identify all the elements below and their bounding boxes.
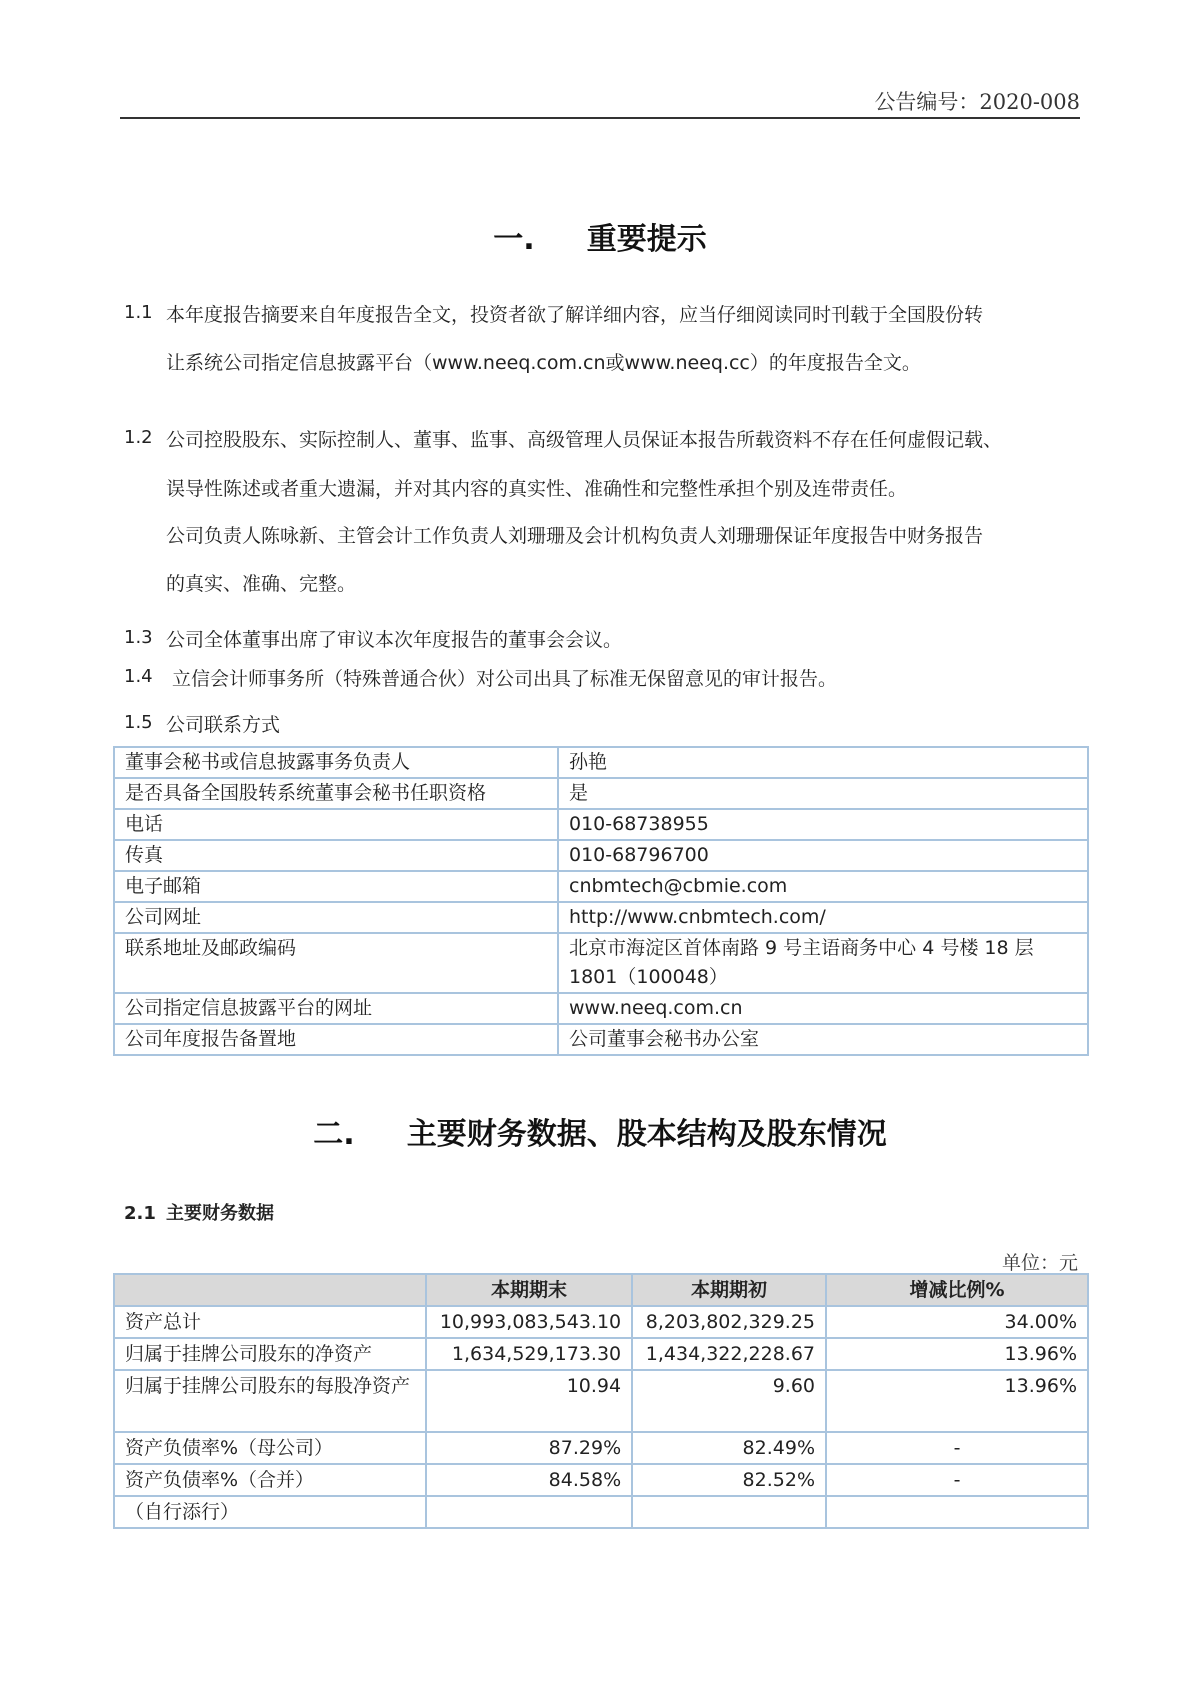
- subsection-2-1-title: 2.1主要财务数据: [124, 1199, 274, 1225]
- row-label: 资产总计: [114, 1306, 426, 1338]
- para-1-1-line2: 让系统公司指定信息披露平台（www.neeq.com.cn或www.neeq.c…: [166, 348, 921, 375]
- period-end-value: 87.29%: [426, 1432, 632, 1464]
- contact-key: 电话: [114, 809, 558, 840]
- row-label: 归属于挂牌公司股东的净资产: [114, 1338, 426, 1370]
- contact-key: 是否具备全国股转系统董事会秘书任职资格: [114, 778, 558, 809]
- contact-key: 电子邮箱: [114, 871, 558, 902]
- contact-address: 北京市海淀区首体南路 9 号主语商务中心 4 号楼 18 层 1801（1000…: [558, 933, 1088, 993]
- table-row: 归属于挂牌公司股东的每股净资产 10.94 9.60 13.96%: [114, 1370, 1088, 1432]
- change-percent: 13.96%: [826, 1370, 1088, 1432]
- contact-key: 联系地址及邮政编码: [114, 933, 558, 993]
- section2-heading: 主要财务数据、股本结构及股东情况: [407, 1117, 887, 1152]
- contact-key: 董事会秘书或信息披露事务负责人: [114, 747, 558, 778]
- subsection-number: 2.1: [124, 1203, 166, 1224]
- para-number: 1.5: [124, 712, 166, 733]
- para-1-2-line3: 公司负责人陈咏新、主管会计工作负责人刘珊珊及会计机构负责人刘珊珊保证年度报告中财…: [166, 521, 983, 548]
- section1-heading: 重要提示: [587, 222, 707, 257]
- table-header-row: 本期期末 本期期初 增减比例%: [114, 1274, 1088, 1306]
- period-end-value: [426, 1496, 632, 1528]
- para-1-2-line1: 公司控股股东、实际控制人、董事、监事、高级管理人员保证本报告所载资料不存在任何虚…: [166, 425, 1002, 452]
- para-1-4-line1: 立信会计师事务所（特殊普通合伙）对公司出具了标准无保留意见的审计报告。: [172, 664, 837, 691]
- para-1-3-line1: 公司全体董事出席了审议本次年度报告的董事会会议。: [166, 625, 622, 652]
- period-end-value: 1,634,529,173.30: [426, 1338, 632, 1370]
- financial-table: 本期期末 本期期初 增减比例% 资产总计 10,993,083,543.10 8…: [113, 1273, 1089, 1529]
- announcement-number: 公告编号：2020-008: [874, 86, 1080, 116]
- period-end-value: 84.58%: [426, 1464, 632, 1496]
- row-label: 资产负债率%（母公司）: [114, 1432, 426, 1464]
- period-begin-value: [632, 1496, 826, 1528]
- address-line2: 1801（100048）: [569, 963, 1077, 992]
- contact-key: 公司网址: [114, 902, 558, 933]
- change-percent: 13.96%: [826, 1338, 1088, 1370]
- header-divider: [120, 117, 1080, 119]
- period-begin-value: 1,434,322,228.67: [632, 1338, 826, 1370]
- section2-title: 二.主要财务数据、股本结构及股东情况: [0, 1109, 1200, 1153]
- change-percent: 34.00%: [826, 1306, 1088, 1338]
- para-number: 1.1: [124, 302, 166, 323]
- contact-value: 孙艳: [558, 747, 1088, 778]
- para-1-1: 1.1: [124, 301, 166, 323]
- period-begin-value: 8,203,802,329.25: [632, 1306, 826, 1338]
- column-header: [114, 1274, 426, 1306]
- table-row: 是否具备全国股转系统董事会秘书任职资格 是: [114, 778, 1088, 809]
- section2-number: 二.: [313, 1109, 354, 1153]
- period-end-value: 10,993,083,543.10: [426, 1306, 632, 1338]
- section1-number: 一.: [493, 214, 534, 258]
- table-row: 电子邮箱 cnbmtech@cbmie.com: [114, 871, 1088, 902]
- table-row: 董事会秘书或信息披露事务负责人 孙艳: [114, 747, 1088, 778]
- table-row: 联系地址及邮政编码 北京市海淀区首体南路 9 号主语商务中心 4 号楼 18 层…: [114, 933, 1088, 993]
- para-1-4: 1.4: [124, 665, 166, 687]
- table-row: 公司网址 http://www.cnbmtech.com/: [114, 902, 1088, 933]
- contact-value: 公司董事会秘书办公室: [558, 1024, 1088, 1055]
- column-header: 本期期初: [632, 1274, 826, 1306]
- subsection-heading: 主要财务数据: [166, 1203, 274, 1224]
- contact-email: cnbmtech@cbmie.com: [558, 871, 1088, 902]
- unit-label: 单位：元: [1002, 1248, 1078, 1275]
- change-percent: [826, 1496, 1088, 1528]
- period-begin-value: 82.49%: [632, 1432, 826, 1464]
- table-row: 公司年度报告备置地 公司董事会秘书办公室: [114, 1024, 1088, 1055]
- address-line1: 北京市海淀区首体南路 9 号主语商务中心 4 号楼 18 层: [569, 934, 1077, 963]
- table-row: 资产负债率%（合并） 84.58% 82.52% -: [114, 1464, 1088, 1496]
- para-1-5: 1.5: [124, 711, 166, 733]
- contact-key: 公司年度报告备置地: [114, 1024, 558, 1055]
- para-1-5-line1: 公司联系方式: [166, 710, 280, 737]
- row-label: （自行添行）: [114, 1496, 426, 1528]
- contact-value: 是: [558, 778, 1088, 809]
- table-row: 归属于挂牌公司股东的净资产 1,634,529,173.30 1,434,322…: [114, 1338, 1088, 1370]
- contact-fax: 010-68796700: [558, 840, 1088, 871]
- table-row: 资产总计 10,993,083,543.10 8,203,802,329.25 …: [114, 1306, 1088, 1338]
- change-percent: -: [826, 1432, 1088, 1464]
- document-page: 公告编号：2020-008 一.重要提示 1.1 本年度报告摘要来自年度报告全文…: [0, 0, 1200, 1697]
- para-1-3: 1.3: [124, 626, 166, 648]
- para-number: 1.3: [124, 627, 166, 648]
- table-row: 公司指定信息披露平台的网址 www.neeq.com.cn: [114, 993, 1088, 1024]
- contact-website: http://www.cnbmtech.com/: [558, 902, 1088, 933]
- change-percent: -: [826, 1464, 1088, 1496]
- column-header: 本期期末: [426, 1274, 632, 1306]
- para-1-2-line4: 的真实、准确、完整。: [166, 569, 356, 596]
- contact-value: www.neeq.com.cn: [558, 993, 1088, 1024]
- row-label: 归属于挂牌公司股东的每股净资产: [114, 1370, 426, 1432]
- period-begin-value: 82.52%: [632, 1464, 826, 1496]
- period-end-value: 10.94: [426, 1370, 632, 1432]
- contact-key: 传真: [114, 840, 558, 871]
- contact-phone: 010-68738955: [558, 809, 1088, 840]
- contact-table: 董事会秘书或信息披露事务负责人 孙艳 是否具备全国股转系统董事会秘书任职资格 是…: [113, 746, 1089, 1056]
- para-1-2-line2: 误导性陈述或者重大遗漏，并对其内容的真实性、准确性和完整性承担个别及连带责任。: [166, 474, 907, 501]
- period-begin-value: 9.60: [632, 1370, 826, 1432]
- table-row: 资产负债率%（母公司） 87.29% 82.49% -: [114, 1432, 1088, 1464]
- contact-key: 公司指定信息披露平台的网址: [114, 993, 558, 1024]
- row-label: 资产负债率%（合并）: [114, 1464, 426, 1496]
- section1-title: 一.重要提示: [0, 214, 1200, 258]
- para-number: 1.4: [124, 666, 166, 687]
- table-row: 传真 010-68796700: [114, 840, 1088, 871]
- table-row: （自行添行）: [114, 1496, 1088, 1528]
- column-header: 增减比例%: [826, 1274, 1088, 1306]
- table-row: 电话 010-68738955: [114, 809, 1088, 840]
- para-1-2: 1.2: [124, 426, 166, 448]
- para-1-1-line1: 本年度报告摘要来自年度报告全文，投资者欲了解详细内容，应当仔细阅读同时刊载于全国…: [166, 300, 983, 327]
- para-number: 1.2: [124, 427, 166, 448]
